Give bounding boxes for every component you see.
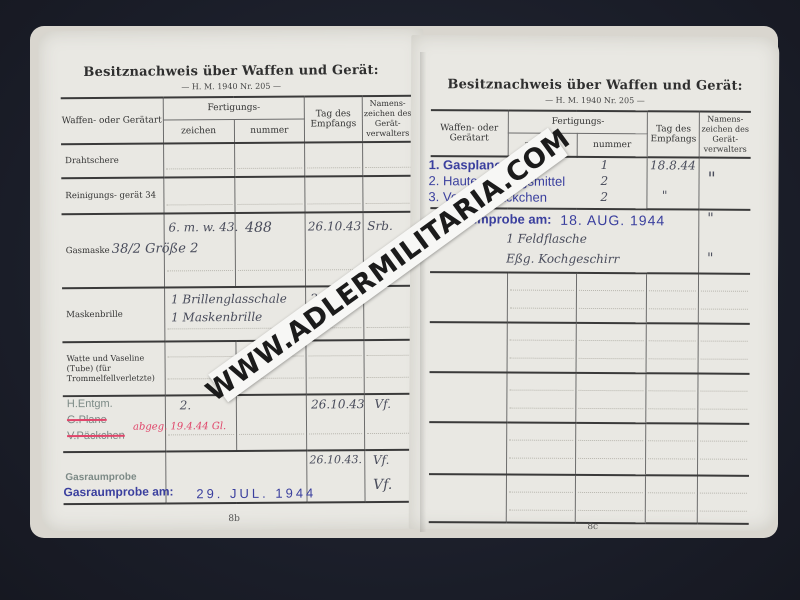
- table-row: [429, 372, 749, 424]
- table-row: [430, 322, 750, 374]
- right-equipment-table: Waffen- oder Gerätart Fertigungs- Tag de…: [429, 109, 751, 525]
- left-page-title: Besitznachweis über Waffen und Gerät:: [38, 63, 423, 81]
- ditto-mark: ": [662, 188, 668, 202]
- stamp-gas-test-date: 18. AUG. 1944: [560, 212, 665, 229]
- table-row: [429, 422, 749, 476]
- header-number: nummer: [234, 118, 305, 142]
- table-row: [429, 474, 749, 524]
- handwritten-canteen: 1 Feldflasche: [506, 232, 587, 246]
- handwritten-qty-1: 1: [601, 158, 609, 172]
- header-manufacture-group: Fertigungs-: [163, 96, 305, 119]
- header-mark: zeichen: [163, 119, 234, 143]
- table-row: Reinigungs- gerät 34: [61, 176, 413, 214]
- handwritten-mark: 6. m. w. 43.: [168, 220, 238, 234]
- row-label-gas-mask: Gasmaske 38/2 Größe 2: [62, 213, 165, 288]
- handwritten-glasses-line2: 1 Maskenbrille: [171, 310, 262, 325]
- stamp-g-plane-struck: G.Plane: [67, 415, 107, 425]
- handwritten-serial: 488: [245, 220, 272, 236]
- right-page-title: Besitznachweis über Waffen und Gerät:: [411, 77, 779, 94]
- row-label-wire-cutters: Drahtschere: [61, 143, 164, 178]
- handwritten-signature: Vf.: [373, 453, 390, 467]
- left-page-subtitle: — H. M. 1940 Nr. 205 —: [39, 81, 424, 93]
- stamp-gasraumprobe-gray: Gasraumprobe: [65, 473, 136, 483]
- right-page: Besitznachweis über Waffen und Gerät: — …: [409, 35, 780, 531]
- soldbuch-open-book: Besitznachweis über Waffen und Gerät: — …: [22, 22, 782, 542]
- handwritten-signature: ": [707, 169, 715, 190]
- handwritten-signature-2: Vf.: [373, 477, 392, 493]
- handwritten-date: 26.10.43: [311, 397, 365, 411]
- header-date-received: Tag des Empfangs: [648, 111, 700, 157]
- book-spine-gutter: [420, 52, 428, 532]
- stamp-v-paeckchen-struck: V.Päckchen: [67, 431, 125, 441]
- table-row: Drahtschere: [61, 142, 413, 178]
- table-row: Gasraumprobe Gasraumprobe am: 29. JUL. 1…: [63, 450, 415, 504]
- handwritten-quantity: 2.: [180, 398, 192, 412]
- header-manufacture-group: Fertigungs-: [508, 111, 648, 134]
- left-page-number: 8b: [42, 513, 427, 526]
- stamped-items-cell: H.Entgm. G.Plane V.Päckchen abgeg. 19.4.…: [63, 395, 166, 452]
- row-label-cleaning-kit: Reinigungs- gerät 34: [61, 177, 164, 214]
- header-item-type: Waffen- oder Gerätart: [431, 110, 509, 156]
- handwritten-qty-2: 2: [600, 174, 608, 188]
- stamp-gasraumprobe-blue: Gasraumprobe am:: [63, 486, 173, 497]
- header-custodian-initials: Namens- zeichen des Gerät- verwalters: [699, 112, 751, 158]
- header-custodian-initials: Namens- zeichen des Gerät- verwalters: [362, 96, 413, 142]
- table-row: [430, 272, 750, 324]
- handwritten-date: 26.10.43: [308, 219, 362, 233]
- handwritten-date: 18.8.44: [650, 158, 696, 172]
- right-page-number: 8c: [409, 521, 777, 533]
- handwritten-signature: Vf.: [374, 397, 391, 411]
- handwritten-glasses-line1: 1 Brillenglasschale: [171, 292, 287, 307]
- right-page-subtitle: — H. M. 1940 Nr. 205 —: [411, 95, 779, 106]
- stamp-h-entgm: H.Entgm.: [67, 399, 113, 409]
- handwritten-mess-kit: Eßg. Kochgeschirr: [506, 252, 619, 267]
- row-label-mask-glasses: Maskenbrille: [62, 287, 165, 342]
- stamp-gas-test-date: 29. JUL. 1944: [196, 485, 316, 501]
- handwritten-date: 26.10.43.: [309, 453, 362, 466]
- row-label-vaseline: Watte und Vaseline (Tube) (für Trommelfe…: [62, 341, 165, 396]
- handwritten-signature: ": [707, 211, 714, 227]
- gas-chamber-test-cell: Gasraumprobe Gasraumprobe am:: [63, 451, 166, 504]
- header-item-type: Waffen- oder Gerätart: [61, 97, 164, 144]
- table-row: H.Entgm. G.Plane V.Päckchen abgeg. 19.4.…: [63, 394, 415, 452]
- handwritten-signature-2: ": [707, 251, 714, 267]
- header-date-received: Tag des Empfangs: [304, 96, 362, 142]
- handwritten-qty-3: 2: [600, 190, 608, 204]
- header-number: nummer: [577, 133, 648, 157]
- handwritten-signature: Srb.: [367, 219, 393, 233]
